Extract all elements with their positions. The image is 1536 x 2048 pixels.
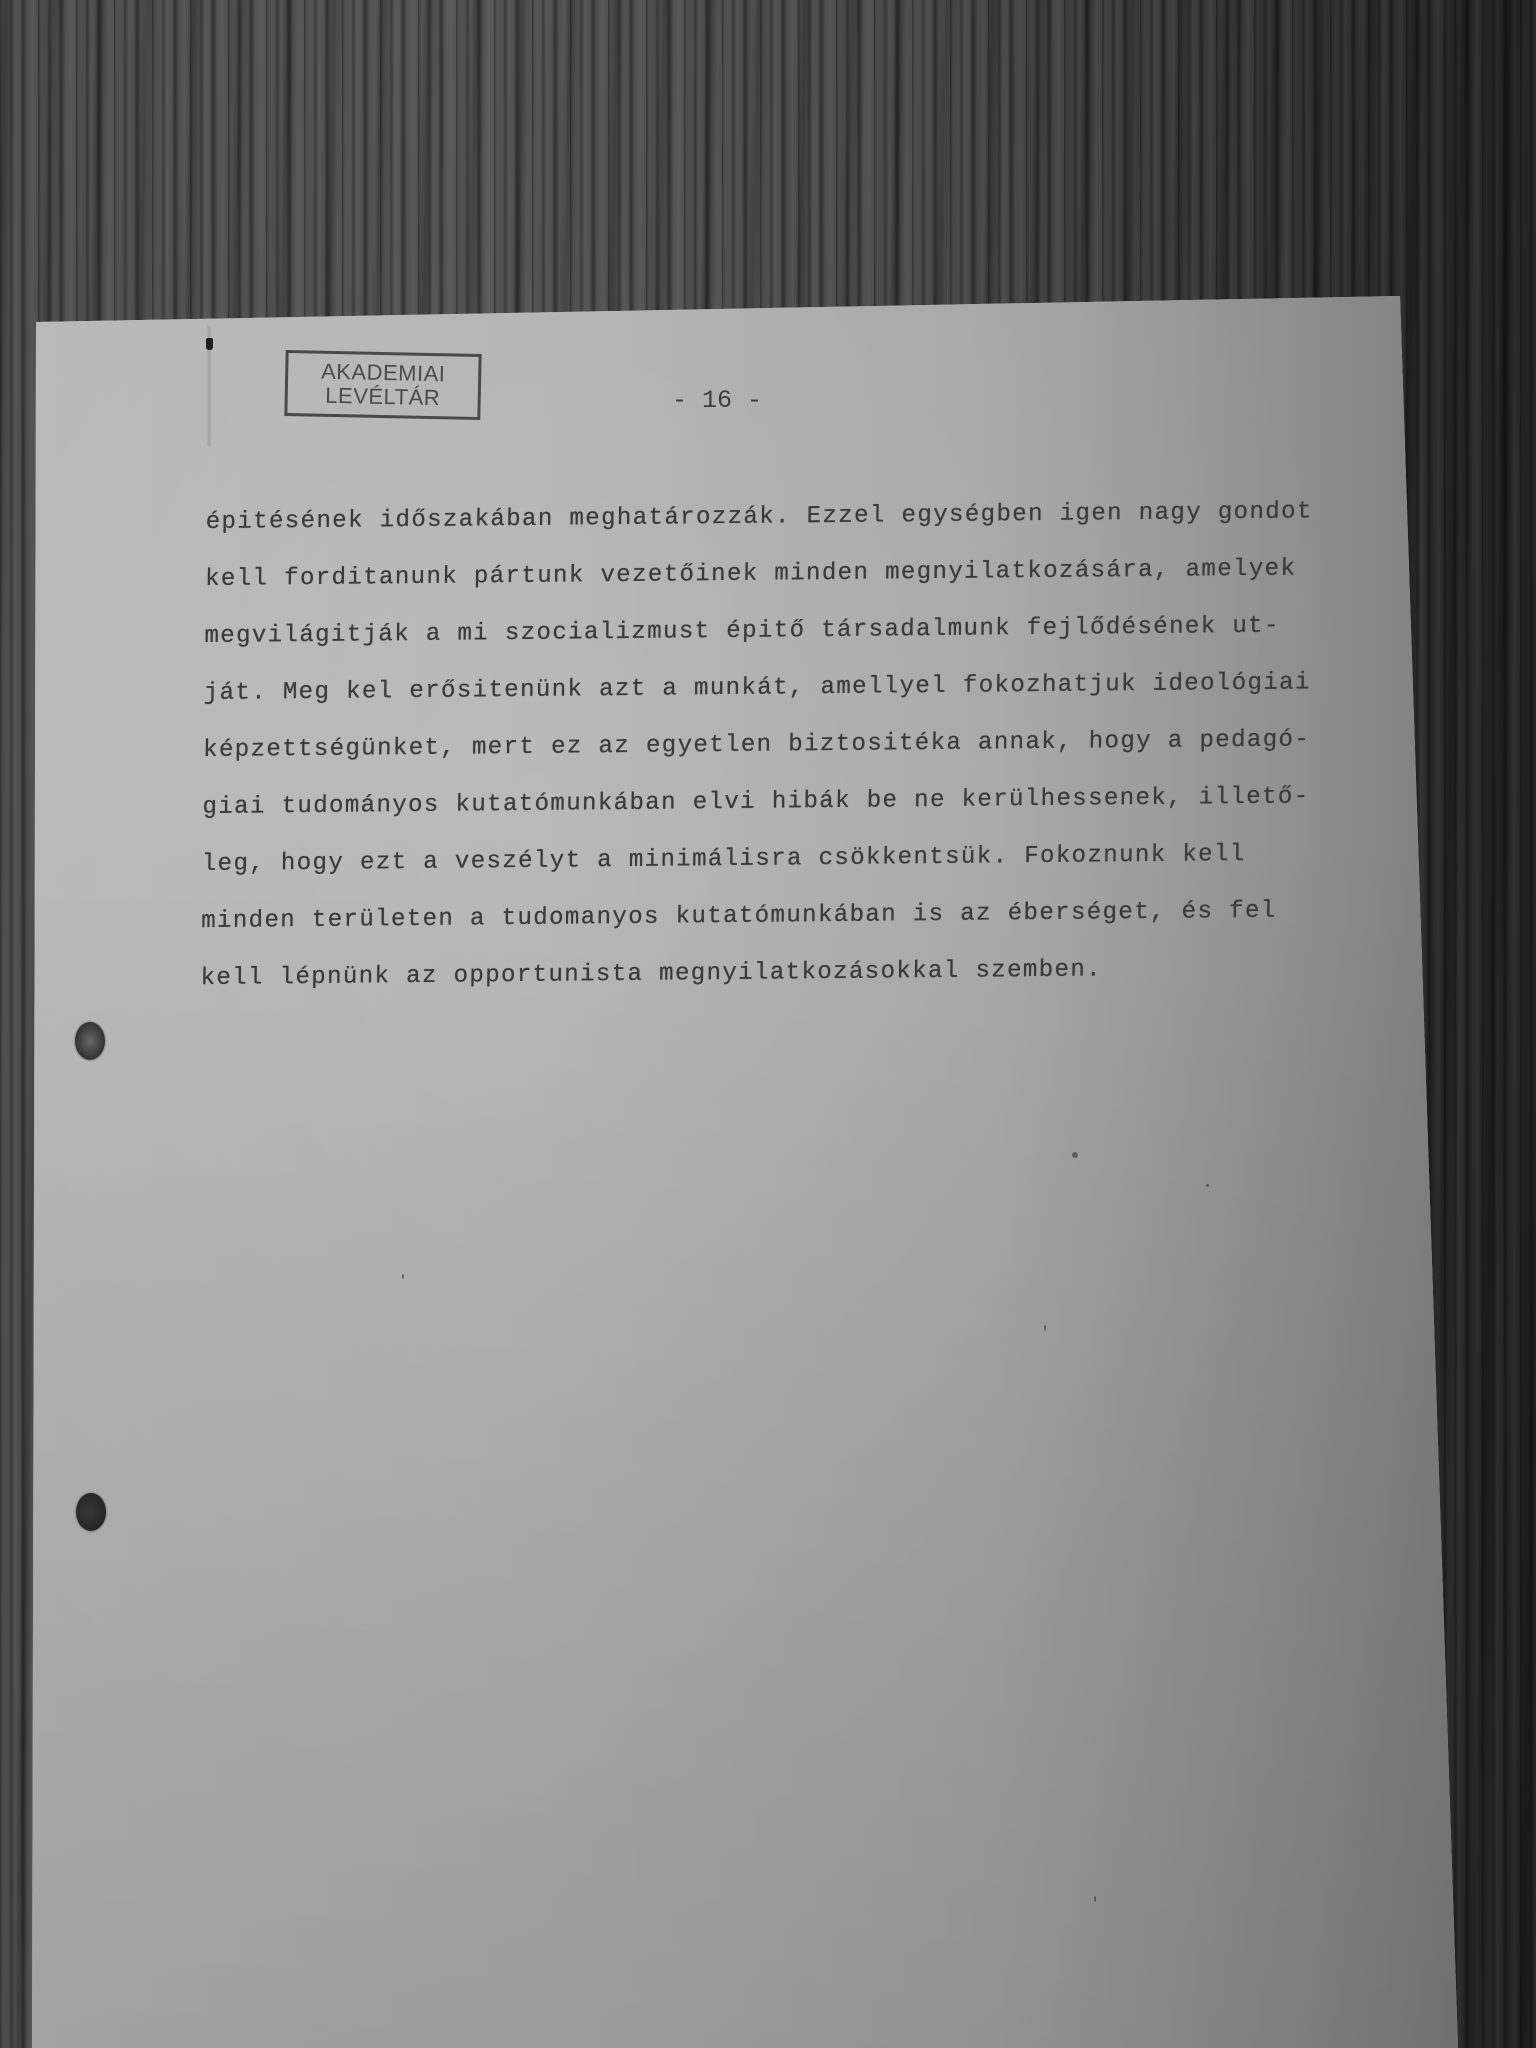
text-line: leg, hogy ezt a veszélyt a minimálisra c… xyxy=(201,825,1382,893)
text-line: megvilágitják a mi szocializmust épitő t… xyxy=(204,597,1385,665)
text-line: képzettségünket, mert ez az egyetlen biz… xyxy=(203,711,1384,779)
stamp-line-2: LEVÉLTÁR xyxy=(325,384,440,410)
paper-speck xyxy=(1072,1152,1078,1158)
body-text: épitésének időszakában meghatározzák. Ez… xyxy=(200,483,1386,1007)
paper-speck xyxy=(1094,1896,1096,1902)
paper-speck xyxy=(1206,1184,1209,1187)
text-line: giai tudományos kutatómunkában elvi hibá… xyxy=(202,768,1383,836)
paper-speck xyxy=(402,1274,404,1279)
wooden-table-background: AKADEMIAI LEVÉLTÁR - 16 - épitésének idő… xyxy=(0,0,1536,2048)
text-line: ját. Meg kel erősitenünk azt a munkát, a… xyxy=(203,654,1384,722)
punch-hole xyxy=(75,1022,105,1060)
typewritten-page: AKADEMIAI LEVÉLTÁR - 16 - épitésének idő… xyxy=(0,0,1536,2048)
stamp-line-1: AKADEMIAI xyxy=(321,360,446,387)
archive-stamp: AKADEMIAI LEVÉLTÁR xyxy=(284,350,481,420)
paper-fold-crease xyxy=(206,326,212,446)
text-line: minden területen a tudomanyos kutatómunk… xyxy=(201,882,1382,950)
text-line: kell lépnünk az opportunista megnyilatko… xyxy=(200,939,1381,1007)
text-line: kell forditanunk pártunk vezetőinek mind… xyxy=(205,540,1386,608)
ink-mark xyxy=(206,338,213,350)
paper-speck xyxy=(1044,1325,1046,1331)
punch-hole xyxy=(76,1493,106,1531)
text-line: épitésének időszakában meghatározzák. Ez… xyxy=(205,483,1386,551)
page-number: - 16 - xyxy=(672,386,762,415)
